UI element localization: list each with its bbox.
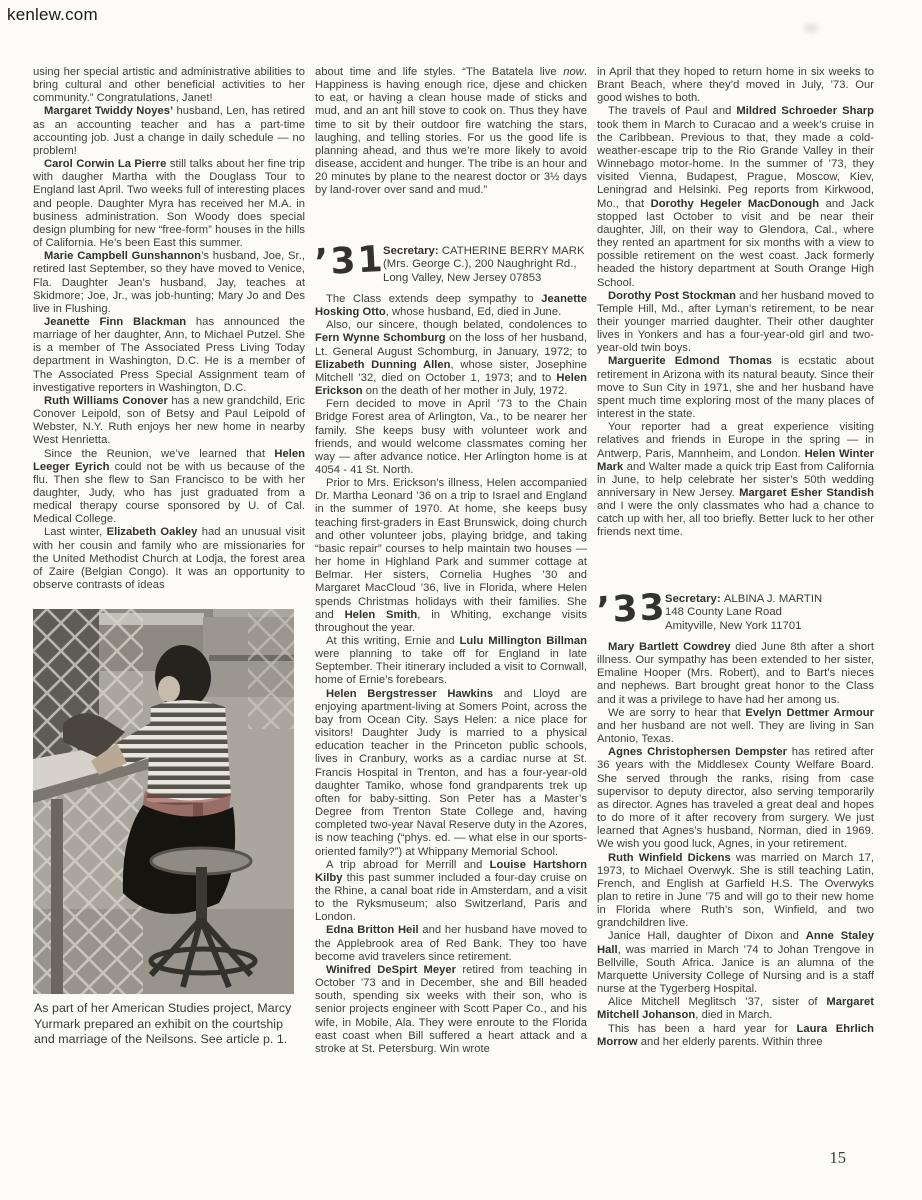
paragraph: Also, our sincere, though belated, condo… [315, 319, 587, 398]
class-year: ’33 [596, 590, 655, 635]
text-run: and I were the only classmates who had a… [597, 500, 874, 538]
column-right: in April that they hoped to return home … [597, 66, 874, 1049]
paragraph: Edna Britton Heil and her husband have m… [315, 924, 587, 963]
text-run: The Class extends deep sympathy to [326, 293, 541, 305]
column-left-text: using her special artistic and administr… [33, 66, 305, 592]
text-run: on the death of her mother in July, 1972… [363, 385, 568, 397]
paragraph: Janice Hall, daughter of Dixon and Anne … [597, 930, 874, 996]
person-name: Ruth Winfield Dickens [608, 852, 731, 864]
paragraph: We are sorry to hear that Evelyn Dettmer… [597, 707, 874, 746]
class-section-header: ’33Secretary: ALBINA J. MARTIN148 County… [597, 592, 874, 634]
person-name: Edna Britton Heil [326, 924, 419, 936]
text-run: Alice Mitchell Meglitsch ’37, sister of [608, 996, 826, 1008]
text-run: We are sorry to hear that [608, 707, 745, 719]
text-run: has retired after 36 years with the Midd… [597, 746, 874, 850]
person-name: Elizabeth Dunning Allen [315, 359, 451, 371]
person-name: Agnes Christophersen Dempster [608, 746, 787, 758]
person-name: Elizabeth Oakley [107, 526, 198, 538]
paragraph: using her special artistic and administr… [33, 66, 305, 105]
paragraph: Marguerite Edmond Thomas is ecstatic abo… [597, 355, 874, 421]
secretary-label: Secretary: [383, 245, 442, 257]
secretary-address-line: (Mrs. George C.), 200 Naughright Rd., [383, 258, 585, 272]
paragraph: The travels of Paul and Mildred Schroede… [597, 105, 874, 289]
watermark: kenlew.com [7, 5, 98, 25]
paragraph: Helen Bergstresser Hawkins and Lloyd are… [315, 688, 587, 859]
person-name: Helen Bergstresser Hawkins [326, 688, 493, 700]
paragraph: The Class extends deep sympathy to Jeane… [315, 293, 587, 319]
paragraph: Last winter, Elizabeth Oakley had an unu… [33, 526, 305, 592]
text-run: . Happiness is having enough rice, djese… [315, 66, 587, 196]
paragraph: Marie Campbell Gunshannon’s husband, Joe… [33, 250, 305, 316]
text-run: Fern decided to move in April ’73 to the… [315, 398, 587, 476]
paragraph: Ruth Winfield Dickens was married on Mar… [597, 852, 874, 931]
text-run: and her elderly parents. Within three [638, 1036, 823, 1048]
paragraph: Alice Mitchell Meglitsch ’37, sister of … [597, 996, 874, 1022]
person-name: Evelyn Dettmer Armour [745, 707, 874, 719]
text-run: , was married in March ’74 to Johan Tren… [597, 944, 874, 995]
paragraph: Prior to Mrs. Erickson’s illness, Helen … [315, 477, 587, 635]
secretary-block: Secretary: CATHERINE BERRY MARK(Mrs. Geo… [383, 244, 585, 286]
text-run: Last winter, [44, 526, 107, 538]
column-middle: about time and life styles. “The Batatel… [315, 66, 587, 1056]
secretary-address-line: Amityville, New York 11701 [665, 620, 822, 634]
person-name: Margaret Esher Standish [739, 487, 874, 499]
paragraph: Jeanette Finn Blackman has announced the… [33, 316, 305, 395]
secretary-name: CATHERINE BERRY MARK [442, 245, 585, 257]
person-name: Dorothy Post Stockman [608, 290, 736, 302]
text-run: This has been a hard year for [608, 1023, 797, 1035]
text-run: and her husband are not well. They are l… [597, 720, 874, 745]
photo-caption: As part of her American Studies project,… [34, 1001, 305, 1048]
text-run: and Lloyd are enjoying apartment-living … [315, 688, 587, 858]
person-name: Mildred Schroeder Sharp [736, 105, 874, 117]
person-name: Jeanette Finn Blackman [44, 316, 186, 328]
person-name: Helen Smith [345, 609, 418, 621]
paragraph: Fern decided to move in April ’73 to the… [315, 398, 587, 477]
column-middle-text: about time and life styles. “The Batatel… [315, 66, 587, 1056]
secretary-address-line: Long Valley, New Jersey 07853 [383, 272, 585, 286]
column-left: using her special artistic and administr… [33, 66, 305, 1048]
text-run: using her special artistic and administr… [33, 66, 305, 104]
text-run: Since the Reunion, we’ve learned that [44, 448, 274, 460]
text-run: in April that they hoped to return home … [597, 66, 874, 104]
text-run: Janice Hall, daughter of Dixon and [608, 930, 806, 942]
text-run: were planning to take off for England in… [315, 648, 587, 686]
magazine-page: kenlew.com using her special artistic an… [0, 0, 922, 1200]
column-right-text: in April that they hoped to return home … [597, 66, 874, 1049]
text-run: retired from teaching in October ’73 and… [315, 964, 587, 1055]
text-run: The travels of Paul and [608, 105, 736, 117]
text-run: now [563, 66, 584, 78]
secretary-name: ALBINA J. MARTIN [724, 593, 822, 605]
secretary-address-line: 148 County Lane Road [665, 606, 822, 620]
text-run: Prior to Mrs. Erickson’s illness, Helen … [315, 477, 587, 621]
text-run: this past summer included a four-day cru… [315, 872, 587, 923]
paragraph: Mary Bartlett Cowdrey died June 8th afte… [597, 641, 874, 707]
secretary-block: Secretary: ALBINA J. MARTIN148 County La… [665, 592, 822, 634]
person-name: Lulu Millington Billman [460, 635, 587, 647]
photo-image [33, 609, 294, 994]
paragraph: This has been a hard year for Laura Ehrl… [597, 1023, 874, 1049]
class-section-header: ’31Secretary: CATHERINE BERRY MARK(Mrs. … [315, 244, 587, 286]
person-name: Fern Wynne Schomburg [315, 332, 446, 344]
paragraph: Margaret Twiddy Noyes’ husband, Len, has… [33, 105, 305, 158]
person-name: Ruth Williams Conover [44, 395, 168, 407]
person-name: Mary Bartlett Cowdrey [608, 641, 731, 653]
paragraph: Since the Reunion, we’ve learned that He… [33, 448, 305, 527]
text-run: At this writing, Ernie and [326, 635, 460, 647]
person-name: Marie Campbell Gunshannon [44, 250, 201, 262]
text-run: A trip abroad for Merrill and [326, 859, 490, 871]
person-name: Marguerite Edmond Thomas [608, 355, 772, 367]
paragraph: about time and life styles. “The Batatel… [315, 66, 587, 198]
person-name: Dorothy Hegeler MacDonough [651, 198, 820, 210]
paragraph: Winifred DeSpirt Meyer retired from teac… [315, 964, 587, 1056]
class-year: ’31 [314, 242, 373, 287]
paragraph: A trip abroad for Merrill and Louise Har… [315, 859, 587, 925]
secretary-name-line: Secretary: ALBINA J. MARTIN [665, 593, 822, 607]
paragraph: Your reporter had a great experience vis… [597, 421, 874, 539]
paragraph: At this writing, Ernie and Lulu Millingt… [315, 635, 587, 688]
text-run: took them in March to Curacao and a week… [597, 119, 874, 210]
secretary-name-line: Secretary: CATHERINE BERRY MARK [383, 245, 585, 259]
person-name: Margaret Twiddy Noyes’ [44, 105, 173, 117]
paragraph: Ruth Williams Conover has a new grandchi… [33, 395, 305, 448]
paragraph: Agnes Christophersen Dempster has retire… [597, 746, 874, 851]
text-run: still talks about her fine trip with dau… [33, 158, 305, 249]
text-run: Also, our sincere, though belated, condo… [326, 319, 587, 331]
photo [33, 609, 294, 994]
person-name: Winifred DeSpirt Meyer [326, 964, 456, 976]
text-run: , died in March. [695, 1009, 772, 1021]
page-number: 15 [830, 1148, 847, 1168]
text-run: and Jack stopped last October to visit a… [597, 198, 874, 289]
paragraph: Carol Corwin La Pierre still talks about… [33, 158, 305, 250]
scan-smudge [800, 20, 822, 36]
person-name: Carol Corwin La Pierre [44, 158, 166, 170]
text-run: about time and life styles. “The Batatel… [315, 66, 563, 78]
paragraph: in April that they hoped to return home … [597, 66, 874, 105]
text-run: , whose husband, Ed, died in June. [386, 306, 562, 318]
paragraph: Dorothy Post Stockman and her husband mo… [597, 290, 874, 356]
secretary-label: Secretary: [665, 593, 724, 605]
